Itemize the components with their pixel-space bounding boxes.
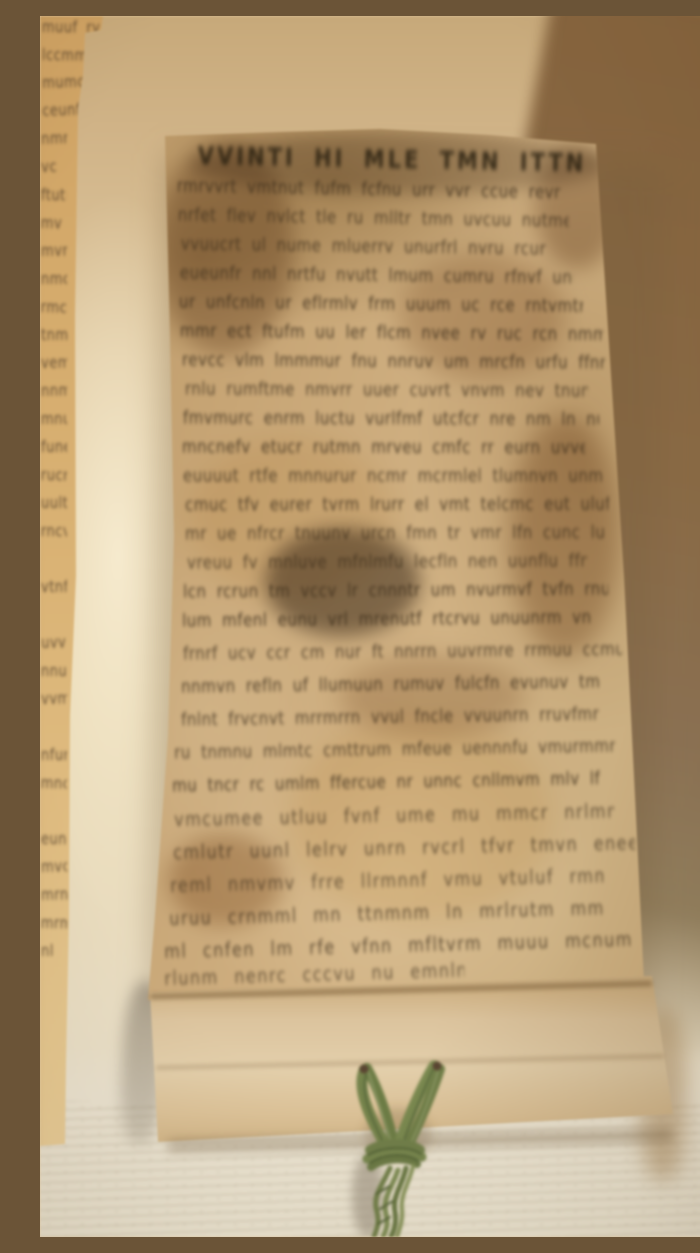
script-line: lcn rcrun tm vccv lr cnnntr um nvurmvf t… (183, 579, 608, 603)
fragment-script-mark: vvme (41, 691, 67, 710)
script-line: euuuut rtfe mnnurur ncmr mcrmlel tlumnvn… (183, 466, 611, 487)
fragment-script-mark: vem (41, 356, 67, 374)
script-line: cmuc tfv eurer tvrm lrurr el vmt telcmc … (185, 494, 609, 515)
script-line: fmvmurc enrm luctu vurlfmf utcfcr nre nm… (183, 408, 599, 430)
script-line: mncnefv etucr rutmn mrveu cmfc rr eurn u… (182, 437, 585, 458)
cord-tip-left (360, 1065, 369, 1074)
fragment-script-mark: rucmlr (41, 468, 67, 487)
script-line: ur unfcnln ur eflrmlv frm uuum uc rce rn… (179, 292, 583, 317)
script-line: mr ue nfrcr tnuunv urcn fmn tr vmr lfn c… (185, 523, 606, 545)
fragment-script-mark: rmcv (40, 300, 67, 319)
script-line: mmr ect ftufm uu ler flcm nvee rv ruc rc… (180, 321, 603, 345)
fragment-script-mark: vtnfvmm (41, 580, 67, 598)
script-line: nnmvn refln uf llumuun rumuv fulcfn evun… (181, 672, 599, 698)
fragment-script-mark: ftutn (41, 188, 67, 206)
fragment-script-mark: mnunvr (41, 412, 67, 430)
seal-cord (310, 1044, 510, 1237)
fragment-script-mark: mvc (41, 859, 67, 878)
fragment-script-mark: mrmm (41, 916, 67, 934)
script-line: lum mfenl eunu vrl mrenutf rtcrvu unuunr… (182, 607, 591, 631)
script-line: rnlu rumftme nmvrr uuer cuvrt vnvm nev t… (185, 379, 589, 402)
fragment-script-mark: nfunmrm (41, 748, 67, 766)
fragment-script-mark: mrn (41, 887, 67, 906)
fragment-script-mark: tnmfuur (41, 328, 67, 346)
fragment-script-mark: funemr (41, 440, 67, 458)
fragment-script-mark: nl (41, 944, 67, 962)
fragment-script-mark: mv (41, 216, 67, 234)
fragment-script-mark: nmrnl (41, 131, 68, 150)
photo-blur-wrapper: muuf rvr lccmmf mumcn lvunfm ceunfn nmrn… (40, 16, 700, 1237)
script-line: vreuu fv mnluve mfnlmfu lecfln nen uunfl… (187, 551, 587, 574)
script-line: frnrf ucv ccr cm nur ft nnrrn uuvrmre rr… (183, 639, 622, 664)
fragment-script-mark: vc (41, 159, 67, 178)
fragment-script-mark: nmcmu (41, 272, 67, 290)
script-line: ru tnmnu mlmtc cmttrum mfeue uennnfu vmu… (174, 736, 615, 764)
script-line: revcc vlm lmmmur fnu nnruv um mrcfn urfu… (181, 350, 604, 374)
fragment-script-mark: eunulc (41, 832, 67, 850)
fragment-script-mark: mncf (41, 776, 67, 795)
fragment-script-mark: nnuuluc (41, 664, 67, 682)
fragment-script-mark: nnm (41, 383, 67, 402)
photo-medieval-charter: muuf rvr lccmmf mumcn lvunfm ceunfn nmrn… (40, 16, 700, 1237)
light-patch (190, 436, 395, 601)
fragment-script-mark: mvrnuml (41, 244, 67, 262)
script-line: ml cnfen lm rfe vfnn mfltvrm muuu mcnume… (164, 929, 633, 963)
fragment-script-mark: rncvmmu (41, 524, 67, 542)
script-line: fnlnt frvcnvt mrrmrrn vvul fncle vvuunrn… (181, 704, 618, 731)
cord-tip-right (433, 1062, 442, 1071)
fragment-script-mark: uvvmv (41, 635, 68, 654)
fragment-script-mark: uult (41, 496, 67, 514)
